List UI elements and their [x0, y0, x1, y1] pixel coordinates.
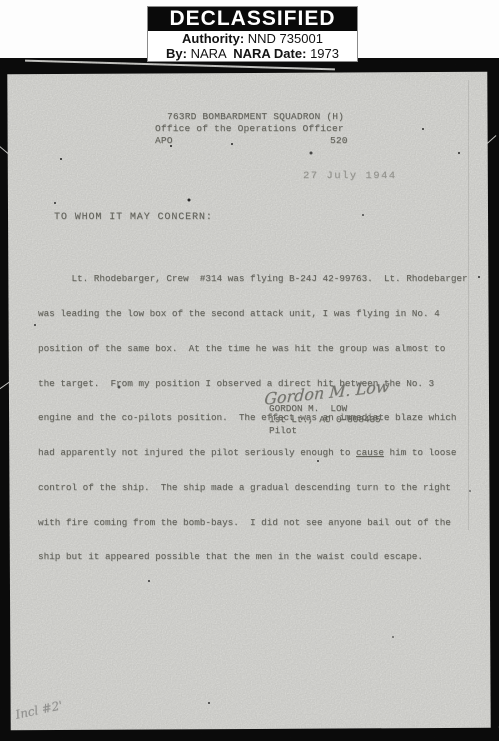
body-line-underlined: had apparently not injured the pilot ser… [38, 447, 468, 459]
underlined-word: cause [356, 447, 384, 458]
body-line: was leading the low box of the second at… [38, 308, 468, 320]
signature-title: Pilot [269, 425, 297, 436]
stamp-authority-line: Authority: NND 735001 [148, 31, 357, 46]
body-text-segment: had apparently not injured the pilot ser… [38, 447, 356, 458]
scanned-document-page: 763RD BOMBARDMENT SQUADRON (H) Office of… [0, 0, 499, 741]
by-label: By: [166, 46, 187, 61]
letterhead-apo: APO [155, 135, 173, 146]
letter-date: 27 July 1944 [303, 170, 397, 182]
salutation: TO WHOM IT MAY CONCERN: [54, 212, 213, 223]
pencil-annotation: Incl #2' [14, 698, 64, 722]
declassified-stamp: DECLASSIFIED Authority: NND 735001 By: N… [147, 6, 358, 62]
authority-label: Authority: [182, 31, 244, 46]
declassified-stamp-title: DECLASSIFIED [148, 7, 357, 31]
letter-body: Lt. Rhodebarger, Crew #314 was flying B-… [38, 250, 468, 586]
signature-rank-serial: 1st Lt., AC 0-808435 [269, 414, 381, 425]
letterhead-squadron: 763RD BOMBARDMENT SQUADRON (H) [167, 111, 344, 122]
body-line: ship but it appeared possible that the m… [38, 551, 468, 563]
nara-date-label: NARA Date: [233, 46, 306, 61]
body-line: the target. From my position I observed … [38, 378, 468, 390]
authority-value: NND 735001 [248, 31, 323, 46]
letterhead-office: Office of the Operations Officer [155, 123, 344, 134]
stamp-by-line: By: NARA NARA Date: 1973 [148, 46, 357, 61]
letter-content: 763RD BOMBARDMENT SQUADRON (H) Office of… [0, 0, 499, 741]
body-text-segment: him to loose [384, 447, 457, 458]
nara-date-value: 1973 [310, 46, 339, 61]
body-line: Lt. Rhodebarger, Crew #314 was flying B-… [38, 273, 468, 285]
by-value: NARA [191, 46, 226, 61]
letterhead-apo-number: 520 [330, 135, 348, 146]
body-line: control of the ship. The ship made a gra… [38, 482, 468, 494]
body-line: with fire coming from the bomb-bays. I d… [38, 517, 468, 529]
body-line: position of the same box. At the time he… [38, 343, 468, 355]
body-line: engine and the co-pilots position. The e… [38, 412, 468, 424]
